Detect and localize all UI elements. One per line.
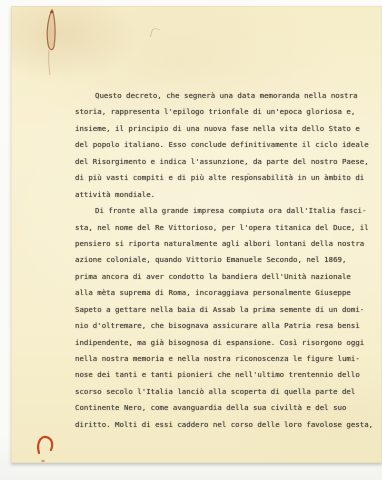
typewritten-line: attività mondiale. [75, 187, 379, 203]
document-page: Questo decreto, che segnerà una data mem… [11, 6, 382, 463]
typewritten-line: nio d'oltremare, che bisognava assicurar… [75, 318, 379, 334]
typewritten-line: indipendente, ma già bisognosa di espans… [75, 335, 379, 351]
document-scan: Questo decreto, che segnerà una data mem… [0, 0, 382, 480]
typewritten-line: Questo decreto, che segnerà una data mem… [75, 88, 379, 104]
typewritten-line: nella nostra memoria e nella nostra rico… [75, 351, 379, 367]
typewritten-line: Continente Nero, come avanguardia della … [75, 400, 379, 416]
red-pencil-dot [41, 460, 44, 462]
typewritten-line: pensiero si riporta naturalmente agli al… [75, 236, 379, 252]
typewritten-line: prima ancora di aver condotto la bandier… [75, 269, 379, 285]
typewritten-text: Questo decreto, che segnerà una data mem… [75, 88, 379, 433]
typewritten-line: sta, nel nome del Re Vittorioso, per l'o… [75, 220, 379, 236]
typewritten-line: alla mèta suprema di Roma, incoraggiava … [75, 285, 379, 301]
typewritten-line: di più vasti compiti e di più alte respo… [75, 170, 379, 186]
typewritten-line: del popolo italiano. Esso conclude defin… [75, 137, 379, 153]
typewritten-line: del Risorgimento e indica l'assunzione, … [75, 154, 379, 170]
typewritten-line: nose dei tanti e tanti pionieri che nell… [75, 367, 379, 383]
typewritten-line: azione coloniale, quando Vittorio Emanue… [75, 252, 379, 268]
rust-stain [39, 6, 69, 78]
typewritten-line: Sapeto a gettare nella baia di Assab la … [75, 302, 379, 318]
typewritten-line: scorso secolo l'Italia lanciò alla scope… [75, 384, 379, 400]
typewritten-line: insieme, il principio di una nuova fase … [75, 121, 379, 137]
red-pencil-mark [35, 434, 61, 466]
typewritten-line: storia, rappresenta l'epilogo trionfale … [75, 104, 379, 120]
typewritten-line: diritto. Molti di essi caddero nel corso… [75, 417, 379, 433]
typewritten-line: Di fronte alla grande impresa compiuta o… [75, 203, 379, 219]
pencil-speck [150, 27, 160, 39]
